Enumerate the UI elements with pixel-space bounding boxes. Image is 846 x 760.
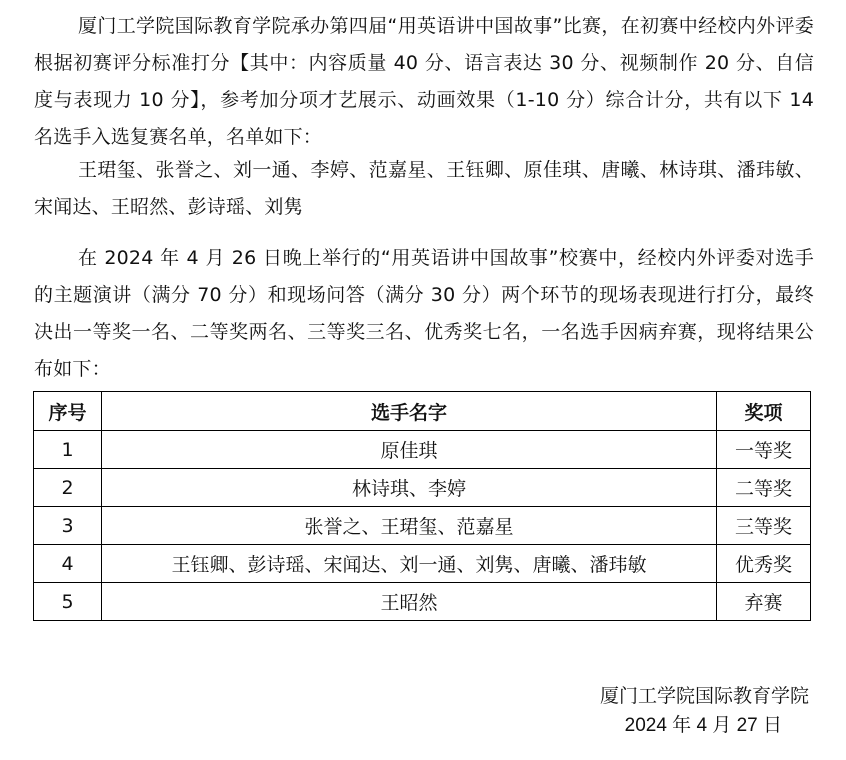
signature-organization: 厦门工学院国际教育学院	[600, 681, 809, 708]
row-number: 1	[34, 431, 102, 469]
intro-paragraph: 厦门工学院国际教育学院承办第四届“用英语讲中国故事”比赛，在初赛中经校内外评委根…	[34, 8, 814, 156]
row-number: 2	[34, 469, 102, 507]
row-award: 一等奖	[717, 431, 811, 469]
finalist-list-paragraph: 王珺玺、张誉之、刘一通、李婷、范嘉星、王钰卿、原佳琪、唐曦、林诗琪、潘玮敏、宋闻…	[34, 152, 814, 226]
table-header-row: 序号 选手名字 奖项	[34, 392, 811, 431]
row-number: 3	[34, 507, 102, 545]
row-number: 5	[34, 583, 102, 621]
row-names: 王昭然	[102, 583, 717, 621]
table-row: 5 王昭然 弃赛	[34, 583, 811, 621]
row-award: 三等奖	[717, 507, 811, 545]
row-award: 优秀奖	[717, 545, 811, 583]
row-award: 二等奖	[717, 469, 811, 507]
row-names: 原佳琪	[102, 431, 717, 469]
header-number: 序号	[34, 392, 102, 431]
header-award: 奖项	[717, 392, 811, 431]
table-row: 4 王钰卿、彭诗瑶、宋闻达、刘一通、刘隽、唐曦、潘玮敏 优秀奖	[34, 545, 811, 583]
results-intro-paragraph: 在 2024 年 4 月 26 日晚上举行的“用英语讲中国故事”校赛中，经校内外…	[34, 240, 814, 388]
row-names: 张誉之、王珺玺、范嘉星	[102, 507, 717, 545]
header-names: 选手名字	[102, 392, 717, 431]
table-row: 3 张誉之、王珺玺、范嘉星 三等奖	[34, 507, 811, 545]
row-names: 王钰卿、彭诗瑶、宋闻达、刘一通、刘隽、唐曦、潘玮敏	[102, 545, 717, 583]
signature-date: 2024 年 4 月 27 日	[625, 710, 782, 737]
table-row: 1 原佳琪 一等奖	[34, 431, 811, 469]
table-row: 2 林诗琪、李婷 二等奖	[34, 469, 811, 507]
results-table: 序号 选手名字 奖项 1 原佳琪 一等奖 2 林诗琪、李婷 二等奖 3 张誉之、…	[33, 391, 811, 621]
row-award: 弃赛	[717, 583, 811, 621]
row-names: 林诗琪、李婷	[102, 469, 717, 507]
row-number: 4	[34, 545, 102, 583]
